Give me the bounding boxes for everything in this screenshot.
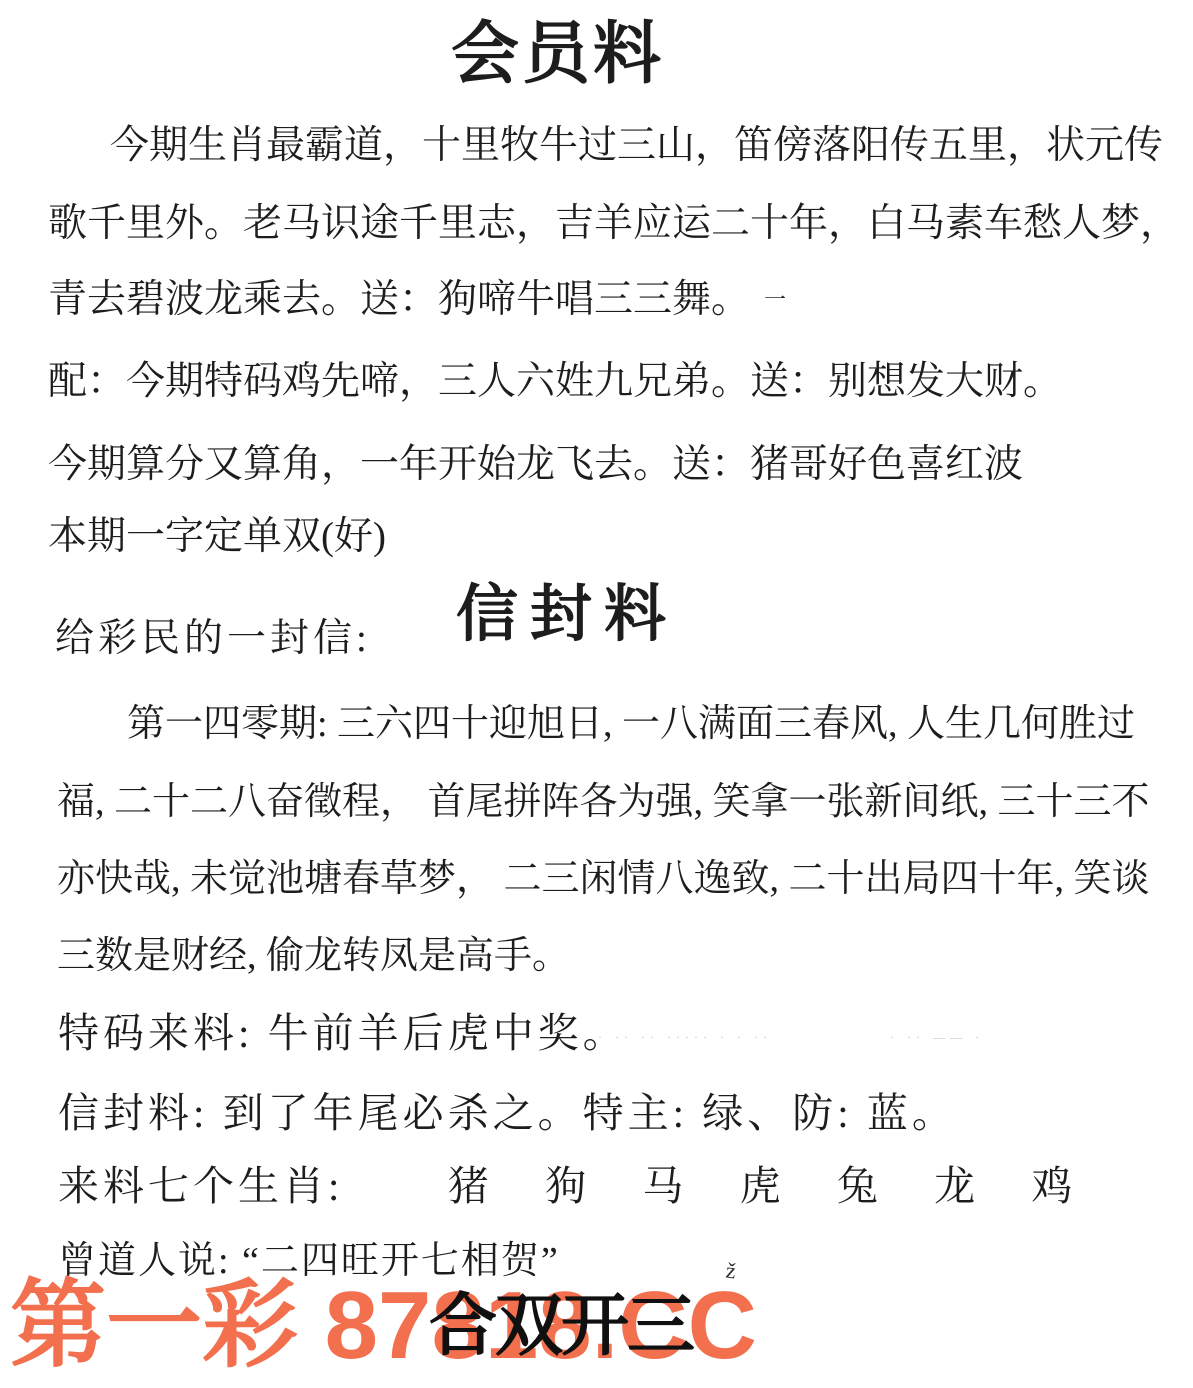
handwritten-result-text: 合双开三 xyxy=(429,1292,693,1360)
letter-line-1: 第一四零期: 三六四十迎旭日, 一八满面三春风, 人生几何胜过 xyxy=(127,703,1135,747)
stray-dash-mark: 一 xyxy=(764,283,786,314)
member-section-title: 会员料 xyxy=(451,20,664,88)
member-paragraph-line-3: 青去碧波龙乘去。送：狗啼牛唱三三舞。 xyxy=(48,278,750,323)
zodiac-list-line: 来料七个生肖: 猪 狗 马 虎 兔 龙 鸡 xyxy=(58,1163,1076,1210)
scan-smudge-marks-left: · ·· ·· ····· · · ·· xyxy=(598,1030,772,1045)
letter-line-2: 福, 二十二八奋徵程， 首尾拼阵各为强, 笑拿一张新间纸, 三十三不 xyxy=(57,781,1150,825)
letter-line-3: 亦快哉, 未觉池塘春草梦， 二三闲情八逸致, 二十出局四十年, 笑谈 xyxy=(57,858,1150,902)
letter-line-4: 三数是财经, 偷龙转凤是高手。 xyxy=(57,935,570,979)
scan-smudge-marks-right: · ·· ―― · xyxy=(890,1030,984,1045)
member-calc-line: 今期算分又算角，一年开始龙飞去。送：猪哥好色喜红波 xyxy=(48,443,1023,488)
member-single-double-line: 本期一字定单双(好) xyxy=(48,515,386,560)
letter-intro-label: 给彩民的一封信: xyxy=(55,617,371,662)
special-code-line: 特码来料: 牛前羊后虎中奖。 xyxy=(58,1010,628,1057)
member-paragraph-line-2: 歌千里外。老马识途千里志，吉羊应运二十年，白马素车愁人梦， xyxy=(48,202,1179,247)
envelope-kill-line: 信封料: 到了年尾必杀之。特主: 绿、防: 蓝。 xyxy=(58,1090,957,1137)
scanned-lottery-tip-sheet: 会员料 今期生肖最霸道，十里牧牛过三山，笛傍落阳传五里，状元传 歌千里外。老马识… xyxy=(0,0,1193,1388)
member-paragraph-line-1: 今期生肖最霸道，十里牧牛过三山，笛傍落阳传五里，状元传 xyxy=(110,124,1163,169)
member-pair-line: 配：今期特码鸡先啼，三人六姓九兄弟。送：别想发大财。 xyxy=(48,360,1062,405)
envelope-section-title: 信封料 xyxy=(456,584,678,646)
